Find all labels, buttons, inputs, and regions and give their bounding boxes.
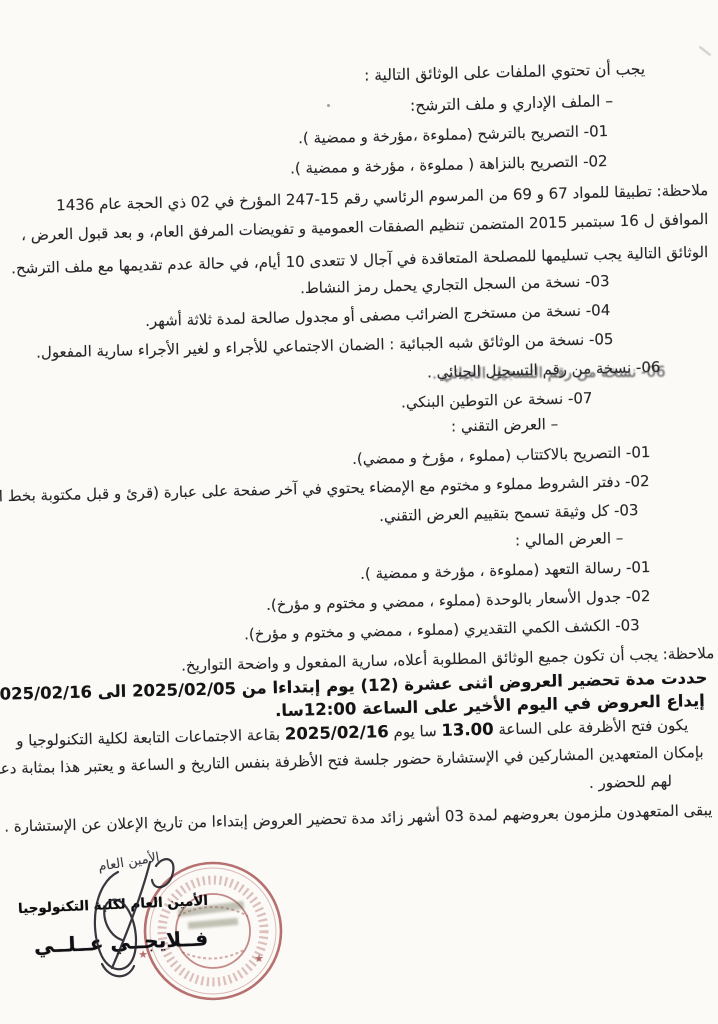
opening-time-value: 13.00: [441, 720, 494, 740]
item-06-ghost-text: 06- نسخة من رقم التسجيل الجبائي .: [432, 361, 666, 385]
item-02-unit-price-schedule: 02- جدول الأسعار بالوحدة (مملوء ، ممضي و…: [265, 585, 650, 616]
svg-text:★: ★: [254, 952, 264, 965]
ink-dot-artifact: [327, 104, 330, 107]
intro-line: يجب أن تحتوي الملفات على الوثائق التالية…: [364, 58, 646, 87]
opening-line-pre: يكون فتح الأظرفة على الساعة: [493, 716, 688, 739]
signature-scribble-icon: [52, 846, 212, 996]
item-03-quantity-estimate: 03- الكشف الكمي التقديري (مملوء ، ممضي و…: [244, 614, 640, 645]
item-03-commercial-register: 03- نسخة من السجل التجاري يحمل رمز النشا…: [300, 270, 610, 299]
opening-date-value: 2025/02/16: [284, 722, 388, 743]
attendance-line-2: لهم للحضور .: [589, 770, 672, 794]
item-02-integrity-declaration: 02- التصريح بالنزاهة ( مملوءة ، مؤرخة و …: [290, 150, 608, 179]
technical-offer-header: – العرض التقني :: [451, 413, 559, 438]
item-01-commitment-letter: 01- رسالة التعهد (مملوءة ، مؤرخة و ممضية…: [359, 556, 650, 585]
opening-line-mid: سا يوم: [388, 722, 441, 741]
item-01-subscription-declaration: 01- التصريح بالاكتتاب (مملوء ، مؤرخ و مم…: [351, 441, 650, 470]
scan-mark-artifact: [699, 46, 711, 56]
scanned-document-page: يجب أن تحتوي الملفات على الوثائق التالية…: [0, 0, 718, 1024]
item-07-bank-domiciliation: 07- نسخة عن التوطين البنكي.: [400, 387, 592, 414]
item-06-tax-registration-smudged: 06- نسخة من رقم التسجيل الجبائي . 06- نس…: [426, 356, 660, 383]
opening-line-post: بقاعة الاجتماعات التابعة لكلية التكنولوج…: [16, 726, 285, 750]
offers-validity-line: يبقى المتعهدون ملزمون بعروضهم لمدة 03 أش…: [4, 799, 713, 838]
item-04-tax-extract: 04- نسخة من مستخرج الضرائب مصفى أو مجدول…: [145, 299, 611, 332]
financial-offer-header: – العرض المالي :: [514, 527, 623, 552]
item-01-candidacy-declaration: 01- التصريح بالترشح (مملوءة ،مؤرخة و ممض…: [298, 120, 609, 149]
item-03-evaluation-documents: 03- كل وثيقة تسمح بتقييم العرض التقني.: [378, 499, 638, 527]
admin-file-header: – الملف الإداري و ملف الترشح:: [410, 90, 613, 117]
